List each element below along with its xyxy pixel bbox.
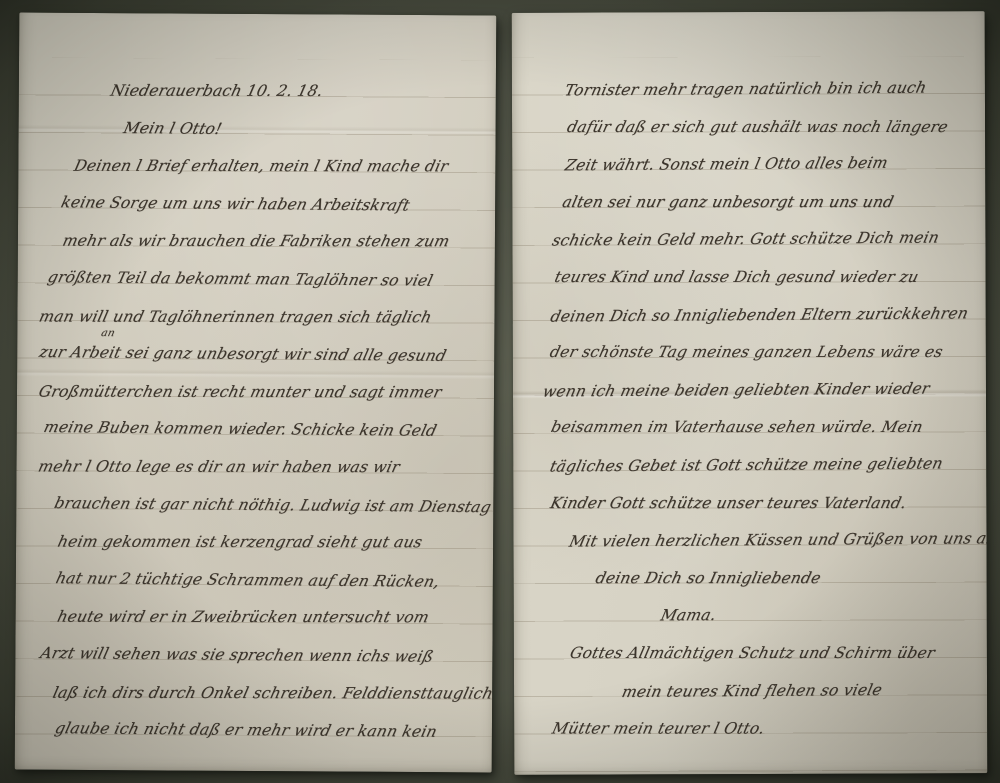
letter-line: Mama. (514, 595, 987, 634)
letter-line: Gottes Allmächtigen Schutz und Schirm üb… (514, 633, 987, 672)
letter-line: laß ich dirs durch Onkel schreiben. Feld… (15, 672, 492, 713)
letter-line: Mein l Otto! (19, 108, 496, 149)
letter-line: Tornister mehr tragen natürlich bin ich … (512, 69, 985, 108)
handwritten-text: deinen Dich so Innigliebenden Eltern zur… (546, 295, 972, 336)
handwritten-text: glaube ich nicht daß er mehr wird er kan… (51, 710, 442, 751)
handwritten-text: Zeit währt. Sonst mein l Otto alles beim (561, 145, 892, 185)
handwritten-text: Deinen l Brief erhalten, mein l Kind mac… (70, 148, 452, 186)
handwritten-text: Großmütterchen ist recht munter und sagt… (34, 373, 445, 411)
page1-lines: Niederauerbach 10. 2. 18.Mein l Otto!Dei… (15, 71, 496, 751)
letter-line: deine Dich so Innigliebende (514, 558, 987, 597)
handwritten-text: teures Kind und lasse Dich gesund wieder… (550, 259, 922, 297)
handwritten-text: alten sei nur ganz unbesorgt um uns und (558, 184, 897, 222)
handwritten-text: tägliches Gebet ist Gott schütze meine g… (545, 445, 946, 486)
handwritten-text: Arzt will sehen was sie sprechen wenn ic… (36, 635, 437, 676)
handwritten-text: Mama. (657, 597, 720, 635)
handwritten-text: schicke kein Geld mehr. Gott schütze Dic… (548, 220, 943, 261)
letter-line: größten Teil da bekommt man Taglöhner so… (18, 259, 495, 300)
handwritten-text: Mit vielen herzlichen Küssen und Grüßen … (565, 520, 987, 561)
letter-line: Mit vielen herzlichen Küssen und Grüßen … (513, 520, 986, 559)
letter-line: dafür daß er sich gut aushält was noch l… (512, 107, 985, 146)
handwritten-text: mein teures Kind flehen so viele (618, 671, 886, 711)
handwritten-text: keine Sorge um uns wir haben Arbeitskraf… (57, 184, 414, 225)
letter-line: mein teures Kind flehen so viele (514, 671, 987, 710)
handwritten-text: deine Dich so Innigliebende (591, 560, 824, 598)
letter-line: Deinen l Brief erhalten, mein l Kind mac… (18, 146, 495, 187)
handwritten-text: mehr als wir brauchen die Fabriken stehe… (59, 223, 454, 261)
handwritten-text: Mein l Otto! (119, 110, 226, 148)
letter-line: Niederauerbach 10. 2. 18. (19, 71, 496, 112)
letter-line: heute wird er in Zweibrücken untersucht … (16, 597, 493, 638)
handwritten-text: zur Arbeit sei ganz unbesorgt wir sind a… (35, 334, 451, 375)
letter-line: heim gekommen ist kerzengrad sieht gut a… (16, 522, 493, 563)
handwritten-text: Niederauerbach 10. 2. 18. (107, 73, 328, 111)
letter-line: wenn ich meine beiden geliebten Kinder w… (513, 370, 986, 409)
letter-line: Arzt will sehen was sie sprechen wenn ic… (15, 634, 492, 675)
handwritten-text: Mütter mein teurer l Otto. (548, 710, 769, 748)
handwritten-text: mehr l Otto lege es dir an wir haben was… (34, 448, 404, 486)
letter-line: brauchen ist gar nicht nöthig. Ludwig is… (16, 484, 493, 525)
letter-line: der schönste Tag meines ganzen Lebens wä… (513, 332, 986, 371)
letter-page-1: Niederauerbach 10. 2. 18.Mein l Otto!Dei… (15, 13, 497, 773)
letter-line: teures Kind und lasse Dich gesund wieder… (513, 257, 986, 296)
letter-page-2: Tornister mehr tragen natürlich bin ich … (512, 11, 988, 775)
page2-lines: Tornister mehr tragen natürlich bin ich … (512, 69, 987, 747)
letter-line: Zeit währt. Sonst mein l Otto alles beim (512, 144, 985, 183)
letter-line: hat nur 2 tüchtige Schrammen auf den Rüc… (16, 559, 493, 600)
handwritten-text: hat nur 2 tüchtige Schrammen auf den Rüc… (52, 560, 444, 601)
handwritten-text: größten Teil da bekommt man Taglöhner so… (43, 259, 437, 300)
letter-line: alten sei nur ganz unbesorgt um uns und (512, 182, 985, 221)
letter-photograph: Niederauerbach 10. 2. 18.Mein l Otto!Dei… (0, 0, 1000, 783)
handwritten-text: laß ich dirs durch Onkel schreiben. Feld… (48, 674, 496, 712)
letter-line: glaube ich nicht daß er mehr wird er kan… (15, 710, 492, 751)
handwritten-text: beisammen im Vaterhause sehen würde. Mei… (547, 409, 927, 447)
handwritten-text: Kinder Gott schütze unser teures Vaterla… (546, 485, 910, 523)
letter-line: keine Sorge um uns wir haben Arbeitskraf… (18, 183, 495, 224)
letter-line: Kinder Gott schütze unser teures Vaterla… (513, 483, 986, 522)
handwritten-text: der schönste Tag meines ganzen Lebens wä… (545, 334, 946, 372)
letter-line: schicke kein Geld mehr. Gott schütze Dic… (512, 220, 985, 259)
handwritten-text: man will und Taglöhnerinnen tragen sich … (35, 298, 436, 336)
letter-line: zur Arbeit sei ganz unbesorgt wir sind a… (17, 334, 494, 375)
handwritten-text: Gottes Allmächtigen Schutz und Schirm üb… (566, 635, 939, 673)
letter-line: Mütter mein teurer l Otto. (514, 708, 987, 747)
handwritten-text: Tornister mehr tragen natürlich bin ich … (561, 70, 931, 110)
handwritten-text: brauchen ist gar nicht nöthig. Ludwig is… (50, 485, 495, 527)
letter-line: deinen Dich so Innigliebenden Eltern zur… (513, 295, 986, 334)
letter-line: beisammen im Vaterhause sehen würde. Mei… (513, 408, 986, 447)
handwritten-text: wenn ich meine beiden geliebten Kinder w… (539, 370, 934, 411)
letter-line: man will und Taglöhnerinnen tragen sich … (17, 296, 494, 337)
letter-line: Großmütterchen ist recht munter und sagt… (17, 371, 494, 412)
letter-line: meine Buben kommen wieder. Schicke kein … (17, 409, 494, 450)
handwritten-text: meine Buben kommen wieder. Schicke kein … (40, 409, 441, 450)
letter-line: mehr als wir brauchen die Fabriken stehe… (18, 221, 495, 262)
letter-line: tägliches Gebet ist Gott schütze meine g… (513, 445, 986, 484)
handwritten-text: heute wird er in Zweibrücken untersucht … (53, 599, 433, 637)
handwritten-text: dafür daß er sich gut aushält was noch l… (563, 109, 952, 147)
letter-line: mehr l Otto lege es dir an wir haben was… (16, 446, 493, 487)
handwritten-text: heim gekommen ist kerzengrad sieht gut a… (53, 524, 426, 562)
